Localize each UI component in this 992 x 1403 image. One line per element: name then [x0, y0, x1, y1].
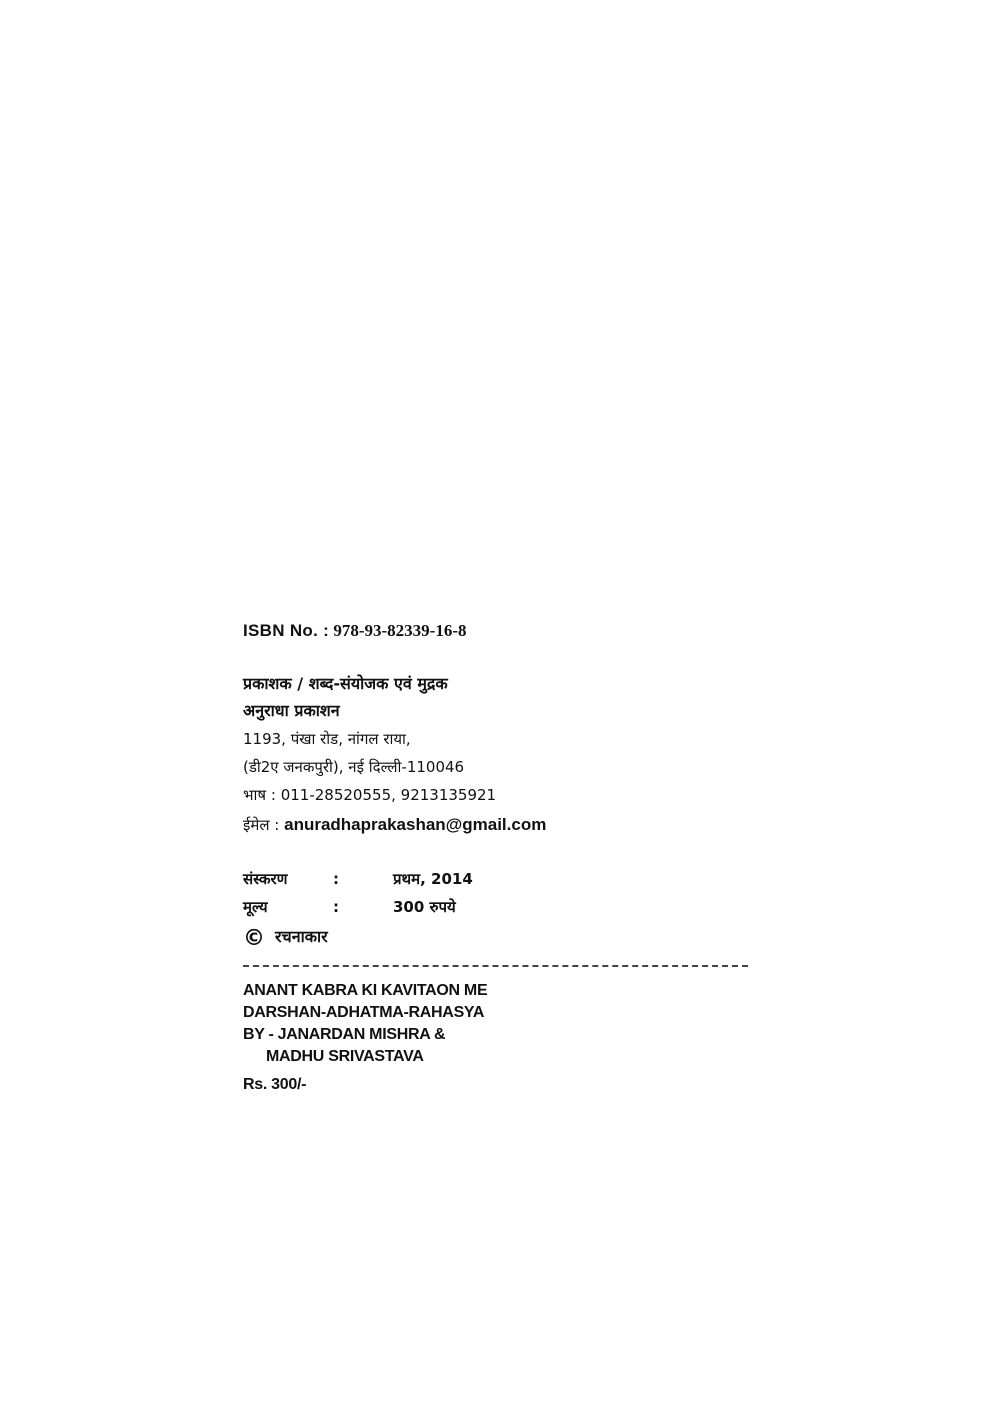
publisher-role: प्रकाशक / शब्द-संयोजक एवं मुद्रक	[243, 676, 448, 692]
phone-line: भाष : 011-28520555, 9213135921	[243, 788, 496, 803]
price-value: 300 रुपये	[393, 900, 456, 915]
publisher-address-line1: 1193, पंखा रोड, नांगल राया,	[243, 732, 411, 747]
isbn-label: ISBN No. :	[243, 621, 329, 640]
english-title-line2: DARSHAN-ADHATMA-RAHASYA	[243, 1005, 484, 1021]
edition-separator: :	[333, 872, 339, 887]
english-authors-line1: BY - JANARDAN MISHRA &	[243, 1027, 445, 1043]
phone-value: 011-28520555, 9213135921	[281, 786, 496, 804]
isbn-value: 978-93-82339-16-8	[333, 621, 466, 640]
price-separator: :	[333, 900, 339, 915]
english-title-line1: ANANT KABRA KI KAVITAON ME	[243, 983, 487, 999]
email-value: anuradhaprakashan@gmail.com	[284, 815, 546, 834]
copyright-holder: रचनाकार	[275, 927, 328, 946]
publisher-name: अनुराधा प्रकाशन	[243, 703, 340, 719]
copyright-line: © रचनाकार	[243, 928, 328, 950]
publisher-address-line2: (डी2ए जनकपुरी), नई दिल्ली-110046	[243, 760, 464, 775]
dashed-divider	[243, 965, 748, 967]
edition-label: संस्करण	[243, 872, 287, 887]
copyright-icon: ©	[243, 928, 265, 950]
english-price: Rs. 300/-	[243, 1077, 306, 1093]
edition-value: प्रथम, 2014	[393, 872, 473, 887]
english-authors-line2: MADHU SRIVASTAVA	[266, 1049, 424, 1065]
imprint-page: ISBN No. : 978-93-82339-16-8 प्रकाशक / श…	[0, 0, 992, 1403]
email-label: ईमेल :	[243, 816, 279, 834]
phone-label: भाष :	[243, 786, 276, 804]
isbn-line: ISBN No. : 978-93-82339-16-8	[243, 622, 467, 639]
email-line: ईमेल : anuradhaprakashan@gmail.com	[243, 816, 546, 833]
price-label: मूल्य	[243, 900, 268, 915]
